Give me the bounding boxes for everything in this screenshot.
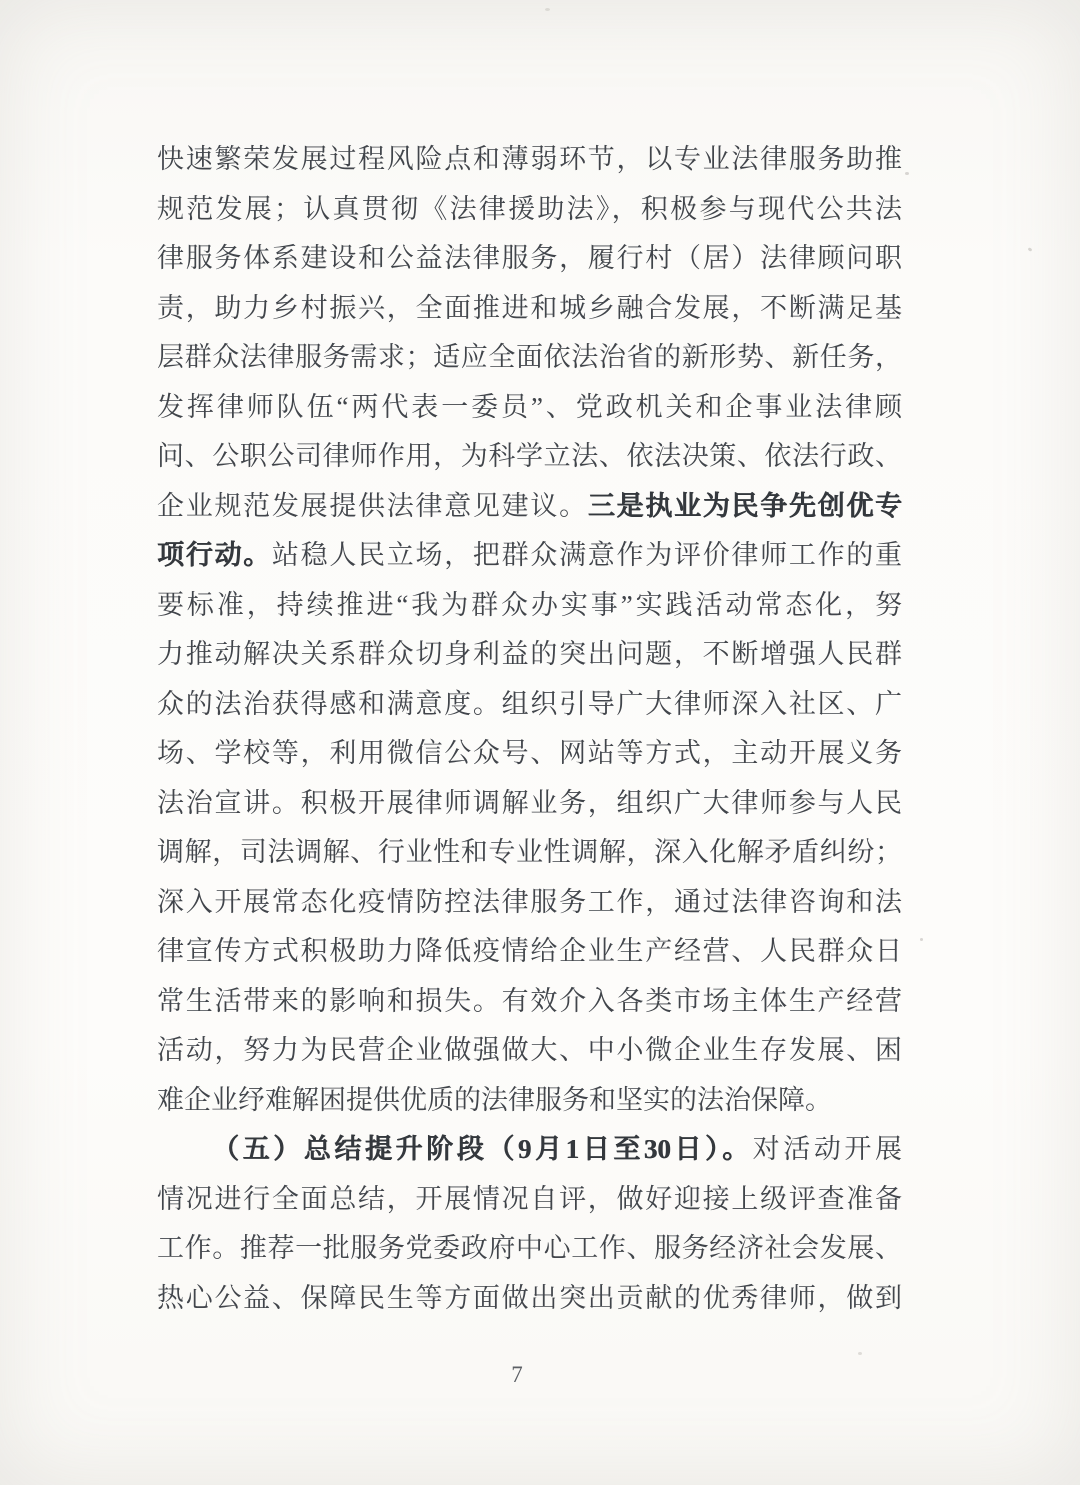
text-segment: 问、公职公司律师作用，为科学立法、依法决策、依法行政、: [157, 441, 902, 471]
bold-text-segment: （五）总结提升阶段（9月1日至30日）。: [212, 1134, 753, 1164]
scan-speck: [920, 938, 923, 941]
text-segment: 规范发展；认真贯彻《法律援助法》，积极参与现代公共法: [157, 194, 902, 224]
text-line-14: 法治宣讲。积极开展律师调解业务，组织广大律师参与人民: [157, 779, 902, 829]
text-segment: 快速繁荣发展过程风险点和薄弱环节，以专业法律服务助推: [157, 144, 902, 174]
text-line-9: 项行动。站稳人民立场，把群众满意作为评价律师工作的重: [157, 531, 902, 581]
text-segment: 责，助力乡村振兴，全面推进和城乡融合发展，不断满足基: [157, 293, 902, 323]
text-line-24: 热心公益、保障民生等方面做出突出贡献的优秀律师，做到: [157, 1274, 902, 1324]
text-segment: 众的法治获得感和满意度。组织引导广大律师深入社区、广: [157, 689, 902, 719]
text-line-8: 企业规范发展提供法律意见建议。三是执业为民争先创优专: [157, 482, 902, 532]
text-line-22: 情况进行全面总结，开展情况自评，做好迎接上级评查准备: [157, 1175, 902, 1225]
text-line-15: 调解，司法调解、行业性和专业性调解，深入化解矛盾纠纷；: [157, 828, 902, 878]
text-segment: 深入开展常态化疫情防控法律服务工作，通过法律咨询和法: [157, 887, 902, 917]
text-segment: 常生活带来的影响和损失。有效介入各类市场主体生产经营: [157, 986, 902, 1016]
scan-speck: [858, 1352, 862, 1355]
scan-speck: [905, 172, 909, 175]
text-line-20: 难企业纾难解困提供优质的法律服务和坚实的法治保障。: [157, 1076, 902, 1126]
text-line-19: 活动，努力为民营企业做强做大、中小微企业生存发展、困: [157, 1026, 902, 1076]
text-segment: 层群众法律服务需求；适应全面依法治省的新形势、新任务，: [157, 342, 902, 372]
text-line-11: 力推动解决关系群众切身利益的突出问题，不断增强人民群: [157, 630, 902, 680]
text-segment: 工作。推荐一批服务党委政府中心工作、服务经济社会发展、: [157, 1233, 902, 1263]
text-segment: 力推动解决关系群众切身利益的突出问题，不断增强人民群: [157, 639, 902, 669]
text-line-4: 责，助力乡村振兴，全面推进和城乡融合发展，不断满足基: [157, 284, 902, 334]
text-line-10: 要标准，持续推进“我为群众办实事”实践活动常态化，努: [157, 581, 902, 631]
text-line-12: 众的法治获得感和满意度。组织引导广大律师深入社区、广: [157, 680, 902, 730]
scan-speck: [545, 8, 550, 11]
text-line-21: （五）总结提升阶段（9月1日至30日）。对活动开展: [157, 1125, 902, 1175]
scan-speck: [1028, 247, 1033, 252]
text-segment: 难企业纾难解困提供优质的法律服务和坚实的法治保障。: [157, 1085, 832, 1115]
text-segment: 热心公益、保障民生等方面做出突出贡献的优秀律师，做到: [157, 1283, 902, 1313]
text-line-5: 层群众法律服务需求；适应全面依法治省的新形势、新任务，: [157, 333, 902, 383]
text-segment: 调解，司法调解、行业性和专业性调解，深入化解矛盾纠纷；: [157, 837, 902, 867]
page-number: 7: [0, 1362, 1034, 1388]
text-segment: 活动，努力为民营企业做强做大、中小微企业生存发展、困: [157, 1035, 902, 1065]
text-line-2: 规范发展；认真贯彻《法律援助法》，积极参与现代公共法: [157, 185, 902, 235]
text-line-17: 律宣传方式积极助力降低疫情给企业生产经营、人民群众日: [157, 927, 902, 977]
text-line-23: 工作。推荐一批服务党委政府中心工作、服务经济社会发展、: [157, 1224, 902, 1274]
text-segment: 站稳人民立场，把群众满意作为评价律师工作的重: [272, 540, 902, 570]
text-segment: 场、学校等，利用微信公众号、网站等方式，主动开展义务: [157, 738, 902, 768]
text-line-6: 发挥律师队伍“两代表一委员”、党政机关和企事业法律顾: [157, 383, 902, 433]
text-segment: 情况进行全面总结，开展情况自评，做好迎接上级评查准备: [157, 1184, 902, 1214]
text-segment: 法治宣讲。积极开展律师调解业务，组织广大律师参与人民: [157, 788, 902, 818]
text-segment: 律宣传方式积极助力降低疫情给企业生产经营、人民群众日: [157, 936, 902, 966]
document-page: 快速繁荣发展过程风险点和薄弱环节，以专业法律服务助推规范发展；认真贯彻《法律援助…: [0, 0, 1080, 1485]
text-segment: 律服务体系建设和公益法律服务，履行村（居）法律顾问职: [157, 243, 902, 273]
document-body: 快速繁荣发展过程风险点和薄弱环节，以专业法律服务助推规范发展；认真贯彻《法律援助…: [157, 135, 902, 1323]
text-line-18: 常生活带来的影响和损失。有效介入各类市场主体生产经营: [157, 977, 902, 1027]
text-segment: 企业规范发展提供法律意见建议。: [157, 491, 588, 521]
text-line-3: 律服务体系建设和公益法律服务，履行村（居）法律顾问职: [157, 234, 902, 284]
text-line-13: 场、学校等，利用微信公众号、网站等方式，主动开展义务: [157, 729, 902, 779]
bold-text-segment: 三是执业为民争先创优专: [588, 491, 902, 521]
text-segment: 要标准，持续推进“我为群众办实事”实践活动常态化，努: [157, 590, 902, 620]
text-segment: 发挥律师队伍“两代表一委员”、党政机关和企事业法律顾: [157, 392, 902, 422]
text-line-7: 问、公职公司律师作用，为科学立法、依法决策、依法行政、: [157, 432, 902, 482]
text-line-16: 深入开展常态化疫情防控法律服务工作，通过法律咨询和法: [157, 878, 902, 928]
text-segment: 对活动开展: [753, 1134, 902, 1164]
text-line-1: 快速繁荣发展过程风险点和薄弱环节，以专业法律服务助推: [157, 135, 902, 185]
bold-text-segment: 项行动。: [157, 540, 272, 570]
